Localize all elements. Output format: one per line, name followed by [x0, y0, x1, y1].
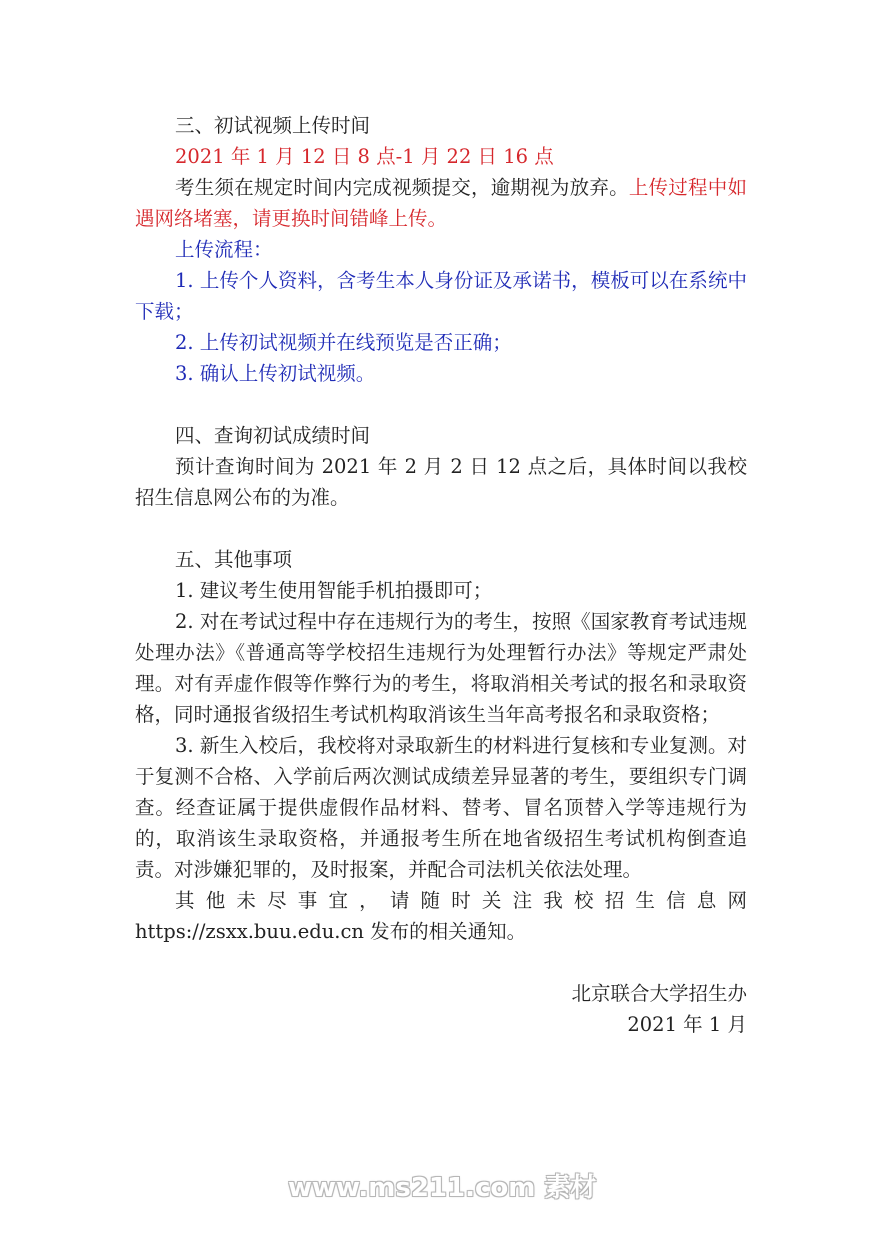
upload-time-range: 2021 年 1 月 12 日 8 点-1 月 22 日 16 点 [135, 141, 747, 172]
admissions-website-link[interactable]: https://zsxx.buu.edu.cn [135, 920, 364, 943]
upload-notice-text: 考生须在规定时间内完成视频提交，逾期视为放弃。 [175, 176, 629, 199]
section4-heading: 四、查询初试成绩时间 [135, 420, 747, 451]
section3-heading: 三、初试视频上传时间 [135, 110, 747, 141]
section5-heading: 五、其他事项 [135, 544, 747, 575]
document-page: 三、初试视频上传时间 2021 年 1 月 12 日 8 点-1 月 22 日 … [135, 110, 747, 1040]
upload-step-2: 2. 上传初试视频并在线预览是否正确； [135, 327, 747, 358]
spacer [135, 513, 747, 544]
other-item-3: 3. 新生入校后，我校将对录取新生的材料进行复核和专业复测。对于复测不合格、入学… [135, 730, 747, 885]
closing-url-line: https://zsxx.buu.edu.cn 发布的相关通知。 [135, 916, 747, 947]
closing-suffix: 发布的相关通知。 [364, 920, 526, 943]
upload-step-3: 3. 确认上传初试视频。 [135, 358, 747, 389]
upload-process-title: 上传流程： [135, 234, 747, 265]
signature-date: 2021 年 1 月 [135, 1009, 747, 1040]
spacer [135, 389, 747, 420]
upload-step-1: 1. 上传个人资料，含考生本人身份证及承诺书，模板可以在系统中下载； [135, 265, 747, 327]
other-item-2: 2. 对在考试过程中存在违规行为的考生，按照《国家教育考试违规处理办法》《普通高… [135, 606, 747, 730]
watermark: www.ms211.com 素材 [288, 1168, 598, 1208]
spacer [135, 947, 747, 978]
closing-line: 其他未尽事宜，请随时关注我校招生信息网 [135, 885, 747, 916]
signature-org: 北京联合大学招生办 [135, 978, 747, 1009]
upload-notice: 考生须在规定时间内完成视频提交，逾期视为放弃。上传过程中如遇网络堵塞，请更换时间… [135, 172, 747, 234]
section4-body: 预计查询时间为 2021 年 2 月 2 日 12 点之后，具体时间以我校招生信… [135, 451, 747, 513]
other-item-1: 1. 建议考生使用智能手机拍摄即可； [135, 575, 747, 606]
